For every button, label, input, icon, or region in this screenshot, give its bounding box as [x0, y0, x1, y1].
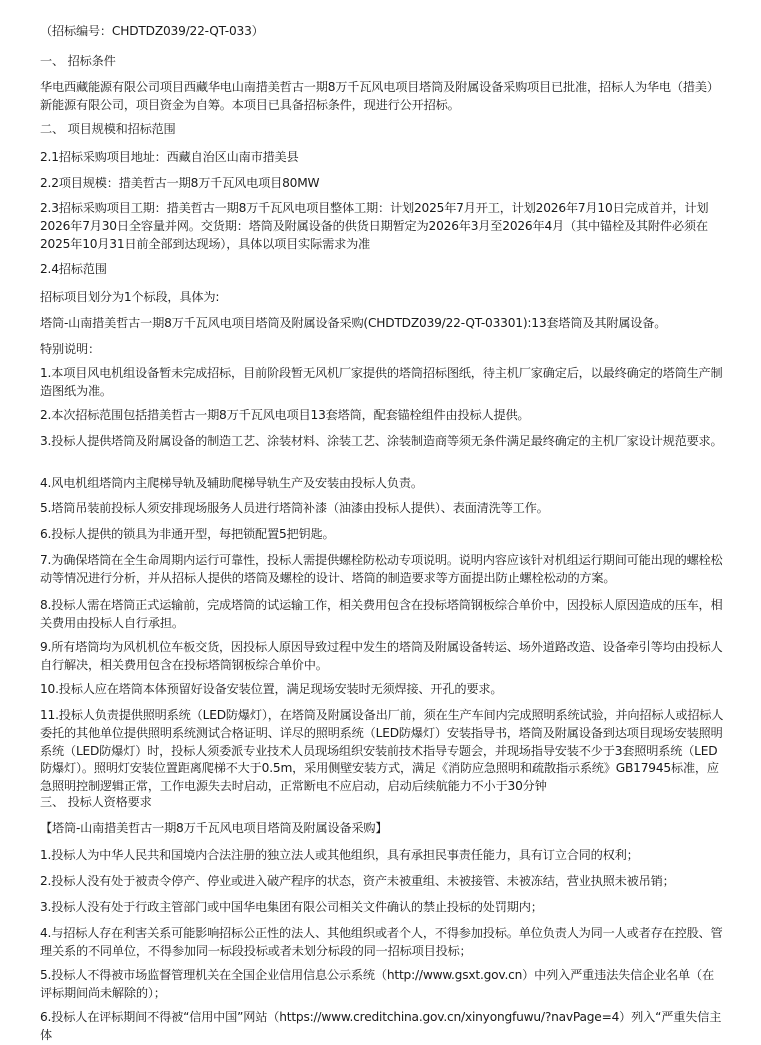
special-note-5: 5.塔筒吊装前投标人须安排现场服务人员进行塔筒补漆（油漆由投标人提供）、表面清洗… [40, 500, 725, 518]
special-note-9: 9.所有塔筒均为风机机位车板交货，因投标人原因导致过程中发生的塔筒及附属设备转运… [40, 639, 725, 675]
qualification-4: 4.与招标人存在利害关系可能影响招标公正性的法人、其他组织或者个人，不得参加投标… [40, 925, 725, 961]
paragraph-bidding-conditions: 华电西藏能源有限公司项目西藏华电山南措美哲古一期8万千瓦风电项目塔筒及附属设备采… [40, 79, 725, 115]
special-note-11: 11.投标人负责提供照明系统（LED防爆灯），在塔筒及附属设备出厂前，须在生产车… [40, 707, 725, 796]
special-note-2: 2.本次招标范围包括措美哲古一期8万千瓦风电项目13套塔筒，配套锚栓组件由投标人… [40, 407, 725, 425]
paragraph-special-notes-label: 特别说明： [40, 341, 725, 359]
special-note-8: 8.投标人需在塔筒正式运输前，完成塔筒的试运输工作，相关费用包含在投标塔筒钢板综… [40, 597, 725, 633]
qualification-1: 1.投标人为中华人民共和国境内合法注册的独立法人或其他组织，具有承担民事责任能力… [40, 847, 725, 865]
special-note-10: 10.投标人应在塔筒本体预留好设备安装位置，满足现场安装时无须焊接、开孔的要求。 [40, 681, 725, 699]
section-heading-bidding-conditions: 一、 招标条件 [40, 53, 725, 71]
special-note-4: 4.风电机组塔筒内主爬梯导轨及辅助爬梯导轨生产及安装由投标人负责。 [40, 475, 725, 493]
paragraph-2-4-scope-heading: 2.4招标范围 [40, 261, 725, 279]
section-heading-project-scale: 二、 项目规模和招标范围 [40, 121, 725, 139]
special-note-7: 7.为确保塔筒在全生命周期内运行可靠性，投标人需提供螺栓防松动专项说明。说明内容… [40, 552, 725, 588]
tender-number: （招标编号：CHDTDZ039/22-QT-033） [40, 23, 725, 41]
paragraph-2-3-schedule: 2.3招标采购项目工期：措美哲古一期8万千瓦风电项目整体工期：计划2025年7月… [40, 200, 725, 253]
special-note-3: 3.投标人提供塔筒及附属设备的制造工艺、涂装材料、涂装工艺、涂装制造商等须无条件… [40, 433, 725, 451]
paragraph-2-1-address: 2.1招标采购项目地址：西藏自治区山南市措美县 [40, 149, 725, 167]
section-heading-bidder-qualifications: 三、 投标人资格要求 [40, 794, 725, 812]
qualification-2: 2.投标人没有处于被责令停产、停业或进入破产程序的状态，资产未被重组、未被接管、… [40, 873, 725, 891]
special-note-6: 6.投标人提供的锁具为非通开型，每把锁配置5把钥匙。 [40, 526, 725, 544]
paragraph-lot-description: 塔筒-山南措美哲古一期8万千瓦风电项目塔筒及附属设备采购(CHDTDZ039/2… [40, 315, 725, 333]
qualification-6: 6.投标人在评标期间不得被“信用中国”网站（https://www.credit… [40, 1009, 725, 1045]
paragraph-2-2-scale: 2.2项目规模：措美哲古一期8万千瓦风电项目80MW [40, 175, 725, 193]
paragraph-lot-division: 招标项目划分为1个标段，具体为: [40, 289, 725, 307]
qualification-3: 3.投标人没有处于行政主管部门或中国华电集团有限公司相关文件确认的禁止投标的处罚… [40, 899, 725, 917]
lot-title-bracketed: 【塔筒-山南措美哲古一期8万千瓦风电项目塔筒及附属设备采购】 [40, 820, 725, 838]
special-note-1: 1.本项目风电机组设备暂未完成招标，目前阶段暂无风机厂家提供的塔筒招标图纸，待主… [40, 365, 725, 401]
qualification-5: 5.投标人不得被市场监督管理机关在全国企业信用信息公示系统（http://www… [40, 967, 725, 1003]
